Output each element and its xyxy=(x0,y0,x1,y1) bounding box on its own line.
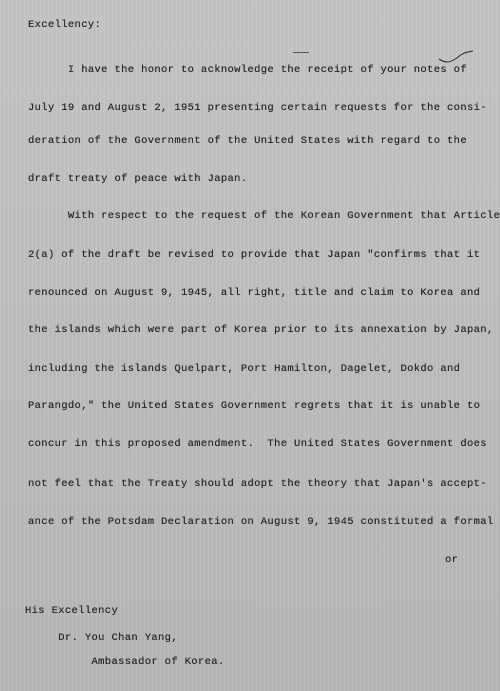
catchword: or xyxy=(445,553,458,567)
body-line: Parangdo," the United States Government … xyxy=(28,399,480,413)
body-line: With respect to the request of the Korea… xyxy=(28,209,500,223)
body-line: concur in this proposed amendment. The U… xyxy=(28,437,487,451)
handwritten-mark xyxy=(293,52,309,53)
body-line: 2(a) of the draft be revised to provide … xyxy=(28,248,480,262)
body-line: deration of the Government of the United… xyxy=(28,134,467,148)
body-line: the islands which were part of Korea pri… xyxy=(28,323,494,337)
salutation: Excellency: xyxy=(28,18,101,32)
body-line: draft treaty of peace with Japan. xyxy=(28,172,247,186)
body-line: including the islands Quelpart, Port Ham… xyxy=(28,362,460,376)
body-line: renounced on August 9, 1945, all right, … xyxy=(28,286,480,300)
body-line: not feel that the Treaty should adopt th… xyxy=(28,477,487,491)
body-line: ance of the Potsdam Declaration on Augus… xyxy=(28,515,494,529)
addressee-name: Dr. You Chan Yang, xyxy=(25,631,178,645)
addressee-title: His Excellency xyxy=(25,604,118,618)
document-page: Excellency: I have the honor to acknowle… xyxy=(0,0,500,691)
handwritten-squiggle-icon xyxy=(438,50,474,64)
body-line: July 19 and August 2, 1951 presenting ce… xyxy=(28,101,487,115)
addressee-position: Ambassador of Korea. xyxy=(25,655,225,669)
body-line: I have the honor to acknowledge the rece… xyxy=(28,63,467,77)
